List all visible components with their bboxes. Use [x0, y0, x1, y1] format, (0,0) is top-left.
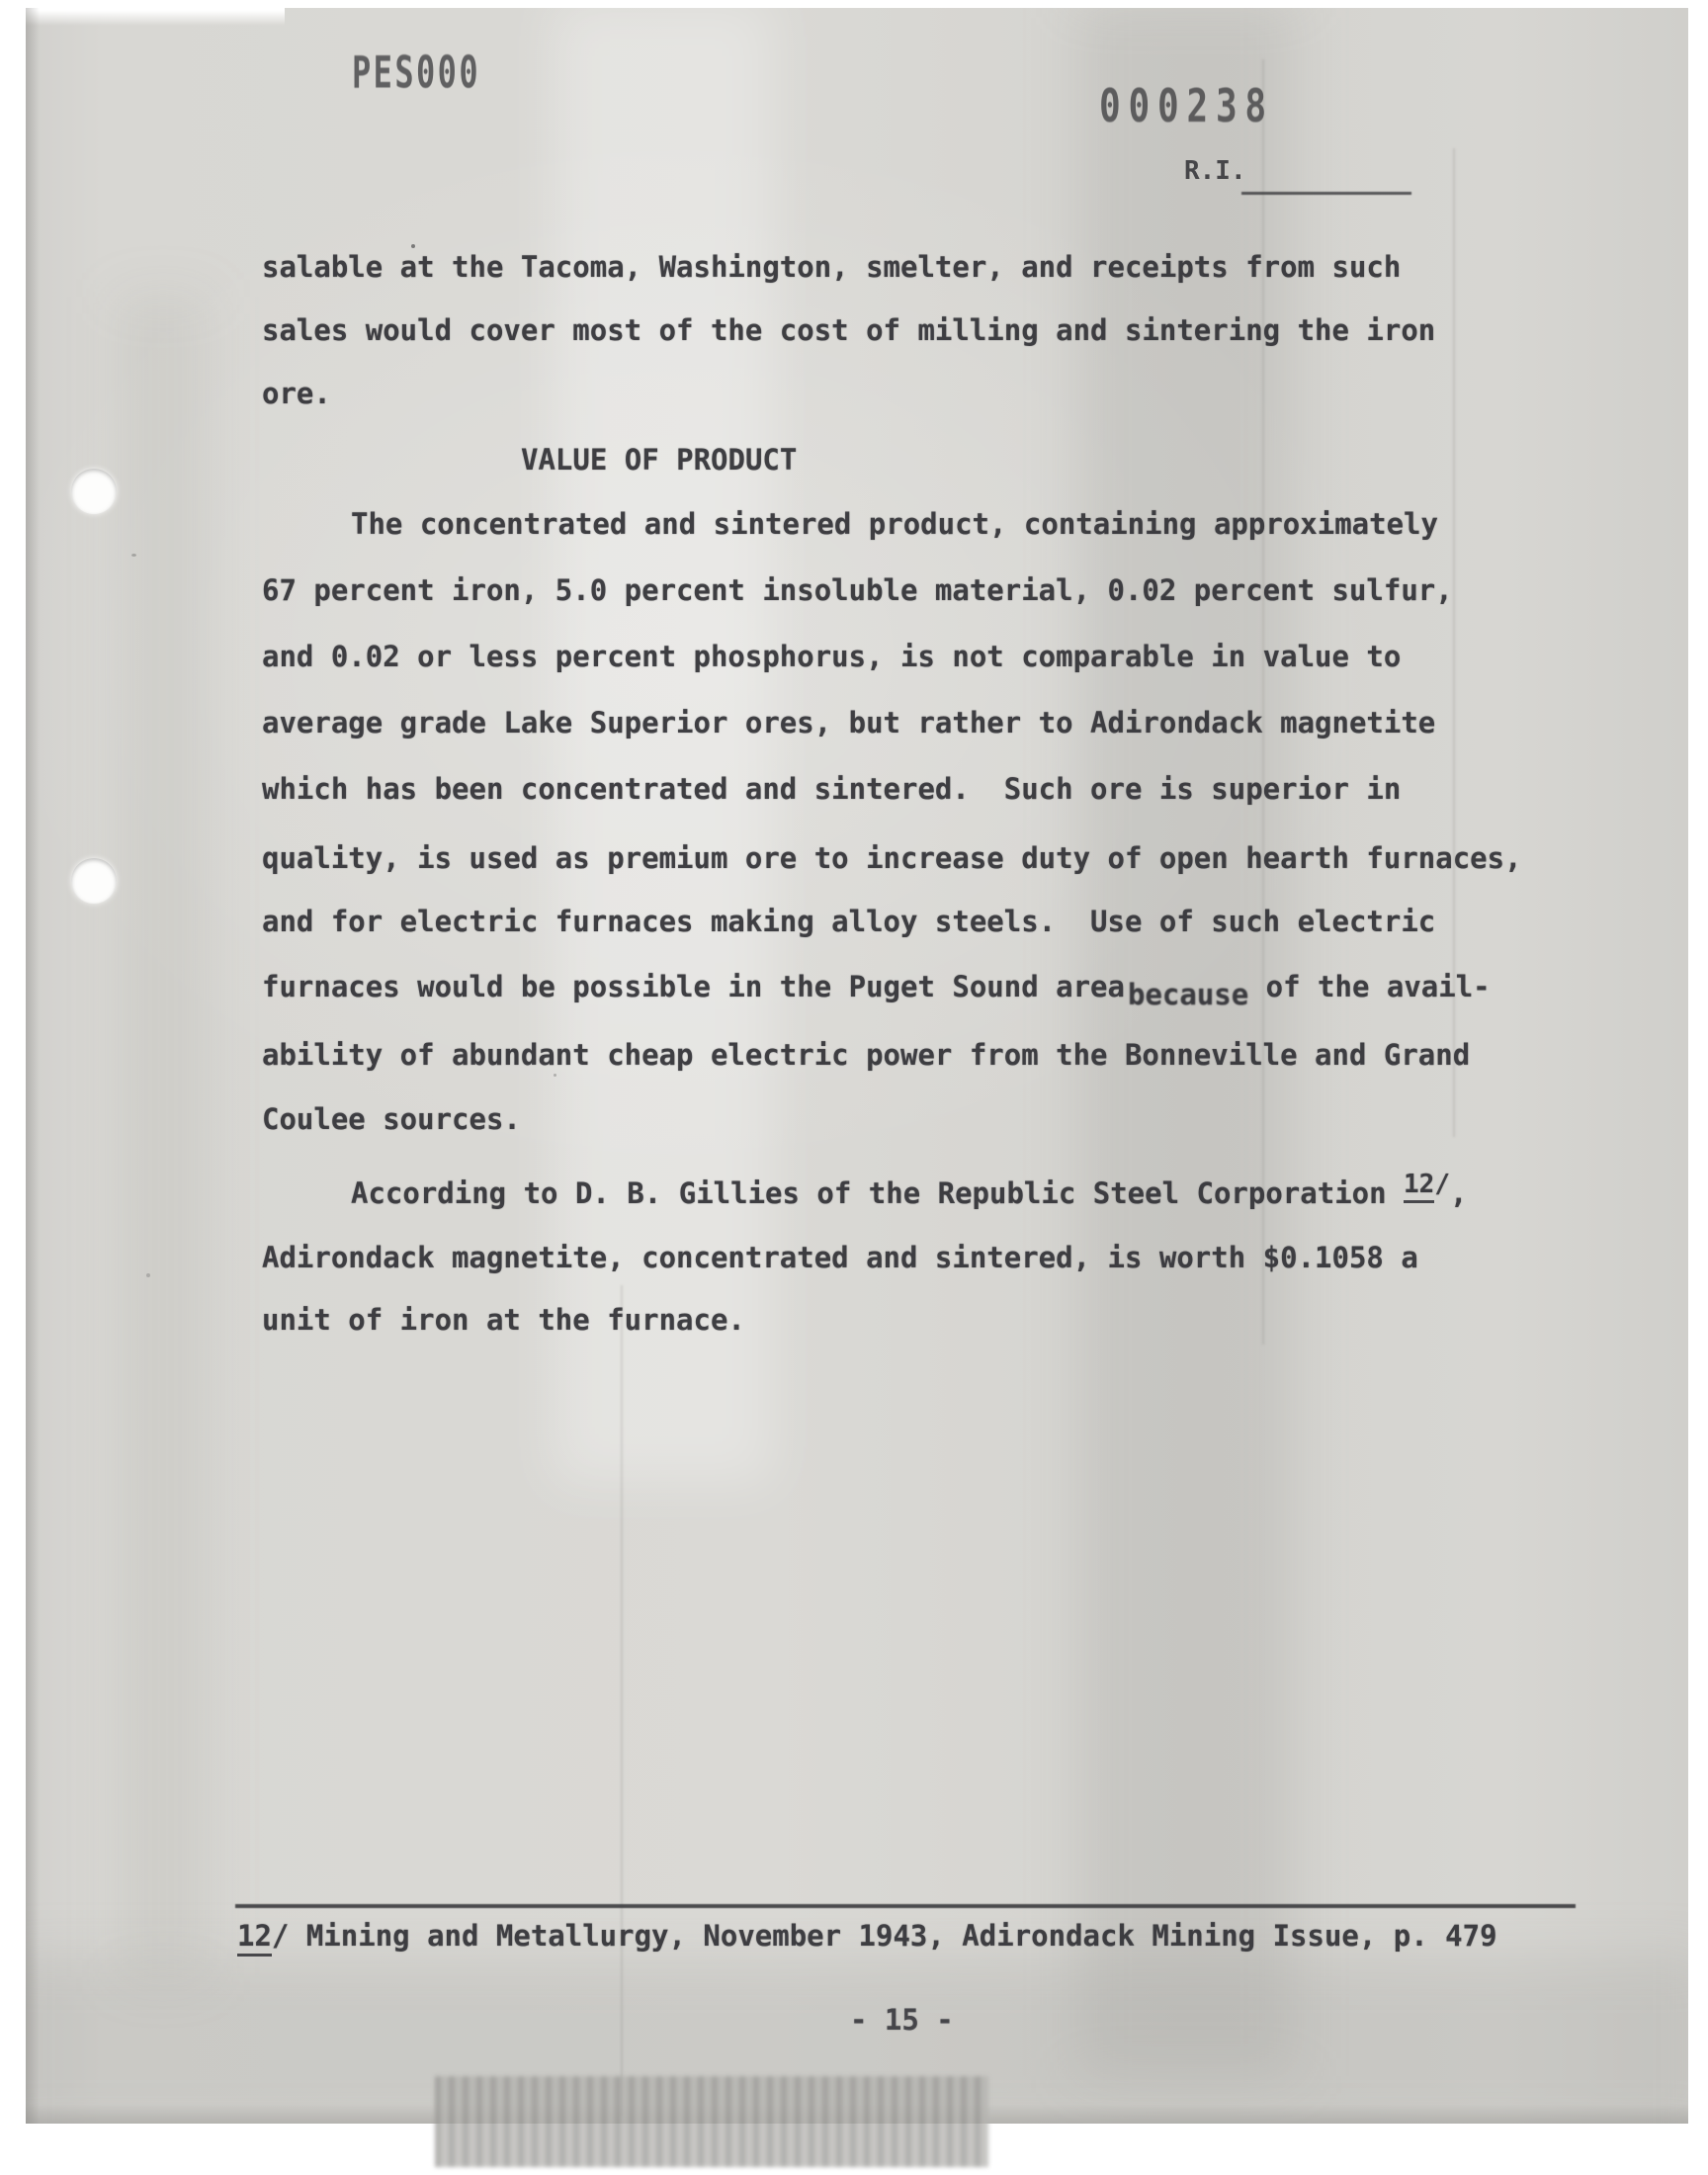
footnote-line: 12/ Mining and Metallurgy, November 1943…: [237, 1919, 1497, 1953]
body-line: ore.: [262, 377, 331, 410]
body-line: ability of abundant cheap electric power…: [262, 1038, 1470, 1072]
dust-speck: [131, 554, 136, 557]
scan-margin-right: [1688, 0, 1708, 2175]
body-line: According to D. B. Gillies of the Republ…: [262, 1176, 1467, 1210]
body-line: furnaces would be possible in the Puget …: [262, 970, 1491, 1003]
footnote-text: Mining and Metallurgy, November 1943, Ad…: [289, 1919, 1496, 1953]
dust-speck: [554, 1074, 556, 1077]
ri-label: R.I.: [1184, 156, 1246, 186]
footnote-reference: 12/: [1404, 1170, 1450, 1199]
body-line: Coulee sources.: [262, 1102, 521, 1136]
body-line: and for electric furnaces making alloy s…: [262, 905, 1435, 938]
paper-dark-band-left: [119, 297, 208, 1977]
body-text-segment: ,: [1450, 1176, 1467, 1210]
body-line: and 0.02 or less percent phosphorus, is …: [262, 640, 1401, 673]
footnote-marker-slash: /: [272, 1919, 289, 1953]
stamp-document-number: 000238: [1099, 79, 1274, 132]
paper-crease: [621, 1285, 623, 2116]
page-number: - 15 -: [850, 2003, 954, 2037]
footnote-reference-number: 12: [1404, 1170, 1434, 1203]
body-text-segment: According to D. B. Gillies of the Republ…: [351, 1176, 1404, 1210]
footnote-reference-slash: /: [1434, 1170, 1450, 1199]
body-line: salable at the Tacoma, Washington, smelt…: [262, 250, 1401, 284]
body-line: Adirondack magnetite, concentrated and s…: [262, 1241, 1418, 1274]
punch-hole: [71, 858, 117, 904]
section-heading: VALUE OF PRODUCT: [521, 443, 797, 477]
footnote-rule: [235, 1904, 1576, 1908]
scan-margin-left: [0, 0, 26, 2175]
body-text-segment: furnaces would be possible in the Puget …: [262, 970, 1125, 1003]
scan-margin-top: [0, 0, 1708, 8]
body-text-segment: of the avail-: [1248, 970, 1490, 1003]
dust-speck: [411, 244, 415, 248]
ri-blank-line: [1241, 192, 1411, 195]
body-line: 67 percent iron, 5.0 percent insoluble m…: [262, 573, 1453, 607]
body-line: sales would cover most of the cost of mi…: [262, 313, 1435, 347]
scan-artifact-blotch: [435, 2076, 988, 2167]
footnote-marker: 12: [237, 1919, 272, 1957]
dust-speck: [146, 1273, 150, 1277]
body-line: which has been concentrated and sintered…: [262, 772, 1401, 806]
body-line: average grade Lake Superior ores, but ra…: [262, 706, 1435, 739]
body-line: The concentrated and sintered product, c…: [262, 507, 1438, 541]
punch-hole: [71, 469, 117, 514]
body-line: unit of iron at the furnace.: [262, 1303, 745, 1337]
scanned-page: PES000 000238 R.I. salable at the Tacoma…: [0, 0, 1708, 2175]
paper-edge-shadow: [26, 0, 40, 2175]
typed-correction-word: because: [1128, 978, 1248, 1011]
stamp-code: PES000: [352, 47, 480, 99]
body-line: quality, is used as premium ore to incre…: [262, 841, 1522, 875]
